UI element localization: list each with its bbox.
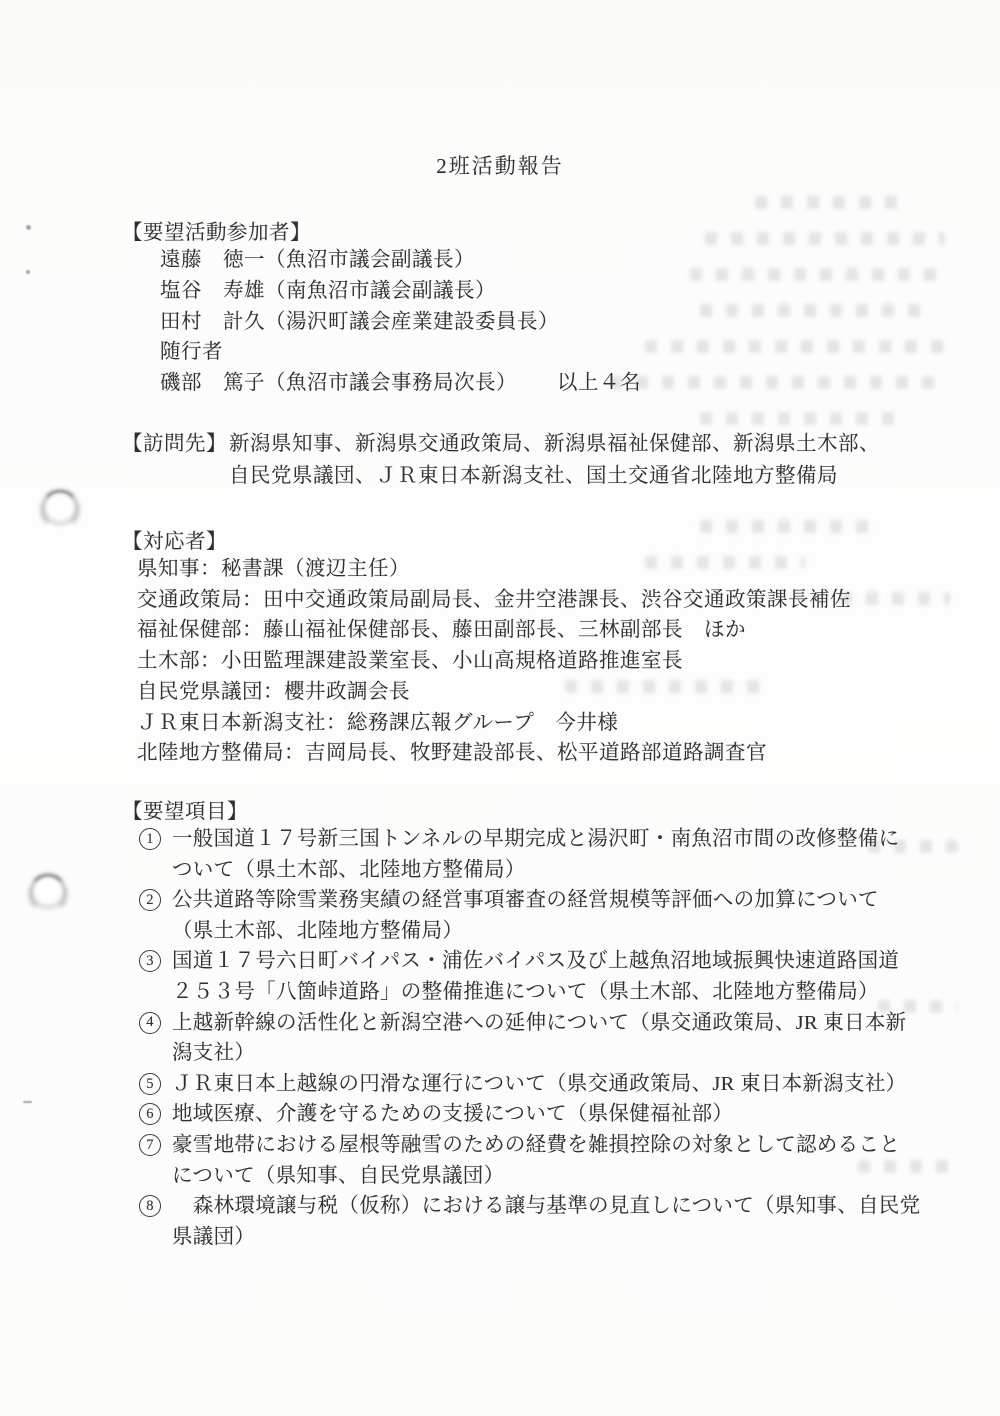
scan-speck [26,225,31,230]
circled-number-icon: 5 [139,1073,161,1095]
circled-number-icon: 6 [139,1103,161,1125]
respondent-line: 交通政策局：田中交通政策局副局長、金井空港課長、渋谷交通政策課長補佐 [137,585,851,616]
request-text: 一般国道１７号新三国トンネルの早期完成と湯沢町・南魚沼市間の改修整備に ついて（… [172,824,944,885]
scan-speck [26,270,30,274]
request-text: 豪雪地帯における屋根等融雪のための経費を雑損控除の対象として認めること について… [172,1130,944,1191]
request-item: 4 上越新幹線の活性化と新潟空港への延伸について（県交通政策局、JR 東日本新 … [139,1008,944,1069]
request-number: 1 [146,832,154,847]
bleed-through-artifact [700,412,900,425]
punch-hole-shadow-bottom [28,874,68,914]
circled-number-icon: 7 [139,1134,161,1156]
request-number: 4 [146,1015,154,1030]
request-number: 8 [146,1199,154,1214]
participant-line: 遠藤 徳一（魚沼市議会副議長） [160,245,641,276]
bleed-through-artifact [610,376,940,389]
participant-line: 田村 計久（湯沢町議会産業建設委員長） [160,307,641,338]
requests-list: 1 一般国道１７号新三国トンネルの早期完成と湯沢町・南魚沼市間の改修整備に つい… [139,824,944,1252]
request-text: 上越新幹線の活性化と新潟空港への延伸について（県交通政策局、JR 東日本新 潟支… [172,1008,944,1069]
request-item: 8 森林環境譲与税（仮称）における譲与基準の見直しについて（県知事、自民党 県議… [139,1191,944,1252]
request-item: 1 一般国道１７号新三国トンネルの早期完成と湯沢町・南魚沼市間の改修整備に つい… [139,824,944,885]
respondent-line: 県知事：秘書課（渡辺主任） [137,554,851,585]
respondent-line: 自民党県議団：櫻井政調会長 [137,677,851,708]
bleed-through-artifact [700,520,870,533]
request-item: 2 公共道路等除雪業務実績の経営事項審査の経営規模等評価への加算について （県土… [139,885,944,946]
participant-line: 磯部 篤子（魚沼市議会事務局次長） 以上４名 [160,368,641,399]
bleed-through-artifact [705,232,945,245]
respondents-list: 県知事：秘書課（渡辺主任） 交通政策局：田中交通政策局副局長、金井空港課長、渋谷… [137,554,851,769]
request-text: 地域医療、介護を守るための支援について（県保健福祉部） [172,1099,944,1130]
circled-number-icon: 2 [139,889,161,911]
request-number: 7 [146,1138,154,1153]
request-number: 5 [146,1077,154,1092]
circled-number-icon: 4 [139,1012,161,1034]
scan-speck [23,1101,32,1103]
participants-section-header: 【要望活動参加者】 [122,215,311,245]
requests-section-header: 【要望項目】 [122,794,248,824]
request-text: 公共道路等除雪業務実績の経営事項審査の経営規模等評価への加算について （県土木部… [172,885,944,946]
bleed-through-artifact [700,304,930,317]
punch-hole-shadow-top [40,490,80,530]
participants-list: 遠藤 徳一（魚沼市議会副議長） 塩谷 寿雄（南魚沼市議会副議長） 田村 計久（湯… [160,245,641,399]
circled-number-icon: 1 [139,828,161,850]
request-item: 7 豪雪地帯における屋根等融雪のための経費を雑損控除の対象として認めること につ… [139,1130,944,1191]
scanned-document-page: 2班活動報告 【要望活動参加者】 遠藤 徳一（魚沼市議会副議長） 塩谷 寿雄（南… [0,0,1000,1416]
bleed-through-artifact [645,340,945,353]
page-title: 2班活動報告 [0,150,1000,180]
request-number: 2 [146,893,154,908]
bleed-through-artifact [840,592,950,605]
request-item: 5 ＪＲ東日本上越線の円滑な運行について（県交通政策局、JR 東日本新潟支社） [139,1069,944,1100]
destinations-section: 【訪問先】 新潟県知事、新潟県交通政策局、新潟県福祉保健部、新潟県土木部、 自民… [122,428,909,492]
request-text: 森林環境譲与税（仮称）における譲与基準の見直しについて（県知事、自民党 県議団） [172,1191,944,1252]
respondent-line: 北陸地方整備局：吉岡局長、牧野建設部長、松平道路部道路調査官 [137,738,851,769]
request-item: 6 地域医療、介護を守るための支援について（県保健福祉部） [139,1099,944,1130]
respondent-line: 福祉保健部：藤山福祉保健部長、藤田副部長、三林副部長 ほか [137,615,851,646]
request-text: ＪＲ東日本上越線の円滑な運行について（県交通政策局、JR 東日本新潟支社） [172,1069,944,1100]
circled-number-icon: 8 [139,1195,161,1217]
bleed-through-artifact [690,268,940,281]
bleed-through-artifact [755,196,905,209]
destinations-section-header: 【訪問先】 [122,428,227,460]
request-number: 3 [146,954,154,969]
request-item: 3 国道１７号六日町バイパス・浦佐バイパス及び上越魚沼地域振興快速道路国道 ２５… [139,946,944,1007]
participant-line: 塩谷 寿雄（南魚沼市議会副議長） [160,276,641,307]
destinations-text: 新潟県知事、新潟県交通政策局、新潟県福祉保健部、新潟県土木部、 自民党県議団、Ｊ… [229,428,909,492]
participant-name: 磯部 篤子（魚沼市議会事務局次長） [160,368,517,399]
participants-total-note: 以上４名 [557,368,641,399]
request-text: 国道１７号六日町バイパス・浦佐バイパス及び上越魚沼地域振興快速道路国道 ２５３号… [172,946,944,1007]
respondent-line: 土木部：小田監理課建設業室長、小山高規格道路推進室長 [137,646,851,677]
respondents-section-header: 【対応者】 [122,524,227,554]
participant-line: 随行者 [160,337,641,368]
request-number: 6 [146,1107,154,1122]
respondent-line: ＪＲ東日本新潟支社：総務課広報グループ 今井様 [137,708,851,739]
circled-number-icon: 3 [139,950,161,972]
